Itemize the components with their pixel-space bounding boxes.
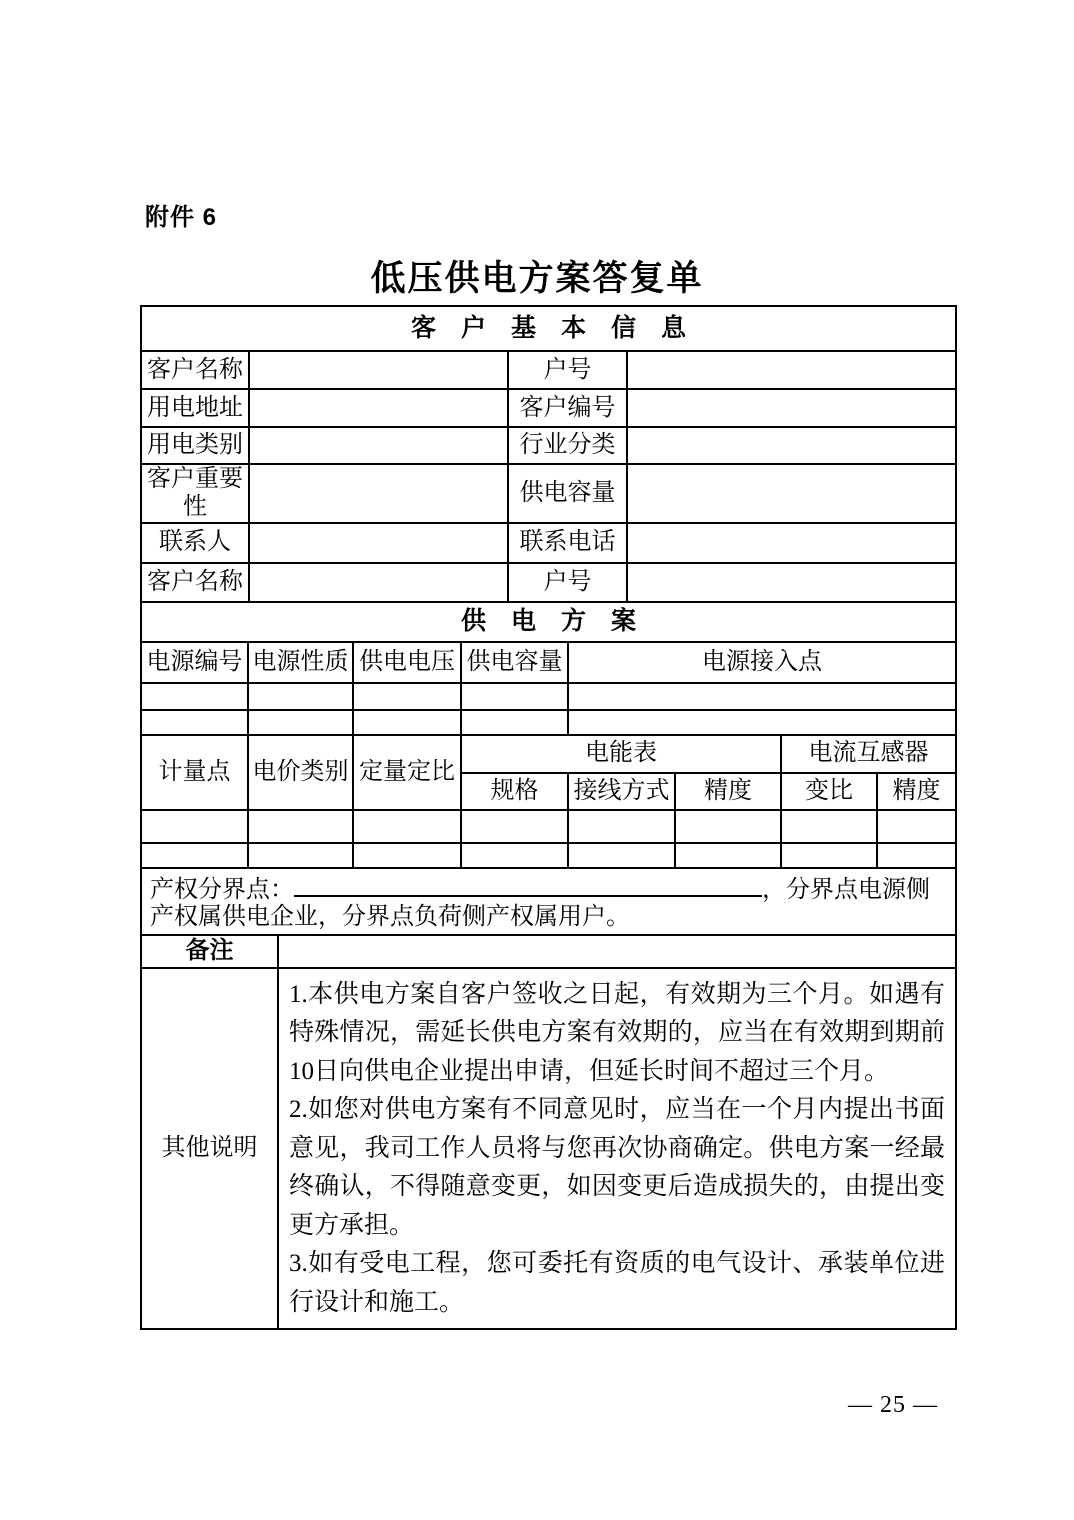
field-value-industry-classification	[627, 427, 956, 464]
field-label-customer-id: 客户编号	[508, 389, 627, 427]
column-header-meter-spec: 规格	[461, 773, 568, 810]
other-notes-row: 其他说明 1.本供电方案自客户签收之日起，有效期为三个月。如遇有特殊情况，需延长…	[141, 968, 956, 1329]
field-value-supply-capacity	[627, 464, 956, 523]
empty-data-cell	[781, 810, 877, 843]
supply-plan-section-header-row: 供电方案	[141, 602, 956, 642]
customer-info-table: 客户基本信息 客户名称 户号 用电地址 客户编号 用电类别 行业分类 客户重要性…	[140, 305, 957, 603]
empty-data-cell	[353, 843, 461, 868]
demarcation-prefix: 产权分界点：	[150, 877, 294, 903]
table-row: 客户名称 户号	[141, 563, 956, 602]
field-value-customer-importance	[249, 464, 508, 523]
supply-plan-table: 供电方案 电源编号 电源性质 供电电压 供电容量 电源接入点	[140, 601, 957, 736]
field-label-contact-person: 联系人	[141, 523, 249, 563]
field-label-customer-importance: 客户重要性	[141, 464, 249, 523]
group-header-energy-meter: 电能表	[461, 735, 781, 773]
empty-data-cell	[781, 843, 877, 868]
column-header-meter-accuracy: 精度	[675, 773, 781, 810]
metering-header-row-top: 计量点 电价类别 定量定比 电能表 电流互感器	[141, 735, 956, 773]
field-value-customer-name-2	[249, 563, 508, 602]
field-label-contact-phone: 联系电话	[508, 523, 627, 563]
table-row: 客户名称 户号	[141, 351, 956, 389]
demarcation-row: 产权分界点：，分界点电源侧产权属供电企业，分界点负荷侧产权属用户。	[141, 868, 956, 935]
column-header-supply-capacity: 供电容量	[461, 642, 568, 683]
other-notes-label: 其他说明	[141, 968, 278, 1329]
demarcation-blank-line	[294, 872, 762, 897]
document-page: { "document": { "attachment_label": "附件 …	[0, 0, 1074, 1520]
field-label-industry-classification: 行业分类	[508, 427, 627, 464]
field-value-electricity-address	[249, 389, 508, 427]
table-row: 联系人 联系电话	[141, 523, 956, 563]
empty-data-cell	[568, 843, 675, 868]
form-table: 客户基本信息 客户名称 户号 用电地址 客户编号 用电类别 行业分类 客户重要性…	[140, 305, 955, 1330]
demarcation-table: 产权分界点：，分界点电源侧产权属供电企业，分界点负荷侧产权属用户。	[140, 867, 957, 936]
note-paragraph-3: 3.如有受电工程，您可委托有资质的电气设计、承装单位进行设计和施工。	[289, 1245, 945, 1322]
empty-data-cell	[353, 710, 461, 735]
column-header-supply-voltage: 供电电压	[353, 642, 461, 683]
field-value-customer-name	[249, 351, 508, 389]
empty-data-cell	[141, 810, 248, 843]
empty-data-cell	[141, 683, 248, 710]
metering-table: 计量点 电价类别 定量定比 电能表 电流互感器 规格 接线方式 精度 变比 精度	[140, 734, 957, 869]
empty-data-cell	[141, 710, 248, 735]
note-paragraph-2: 2.如您对供电方案有不同意见时，应当在一个月内提出书面意见，我司工作人员将与您再…	[289, 1091, 945, 1245]
empty-data-cell	[877, 810, 956, 843]
empty-data-cell	[461, 810, 568, 843]
column-header-quota-ratio: 定量定比	[353, 735, 461, 810]
empty-data-cell	[248, 683, 353, 710]
empty-data-cell	[461, 710, 568, 735]
field-value-contact-phone	[627, 523, 956, 563]
column-header-source-access-point: 电源接入点	[568, 642, 956, 683]
page-number: — 25 —	[843, 1392, 943, 1419]
remarks-notes-table: 备注 其他说明 1.本供电方案自客户签收之日起，有效期为三个月。如遇有特殊情况，…	[140, 934, 957, 1330]
empty-data-cell	[248, 843, 353, 868]
table-row	[141, 810, 956, 843]
attachment-label: 附件 6	[145, 197, 217, 232]
supply-plan-section-title: 供电方案	[141, 602, 956, 642]
table-row	[141, 710, 956, 735]
empty-data-cell	[568, 683, 956, 710]
field-value-usage-category	[249, 427, 508, 464]
demarcation-text: 产权分界点：，分界点电源侧产权属供电企业，分界点负荷侧产权属用户。	[141, 868, 956, 935]
empty-data-cell	[141, 843, 248, 868]
customer-section-title: 客户基本信息	[141, 306, 956, 351]
field-label-supply-capacity: 供电容量	[508, 464, 627, 523]
table-row	[141, 683, 956, 710]
empty-data-cell	[353, 810, 461, 843]
empty-data-cell	[568, 710, 956, 735]
remarks-value-cell	[278, 935, 956, 968]
note-paragraph-1: 1.本供电方案自客户签收之日起，有效期为三个月。如遇有特殊情况，需延长供电方案有…	[289, 976, 945, 1092]
page-title: 低压供电方案答复单	[0, 251, 1074, 301]
group-header-current-transformer: 电流互感器	[781, 735, 956, 773]
column-header-source-nature: 电源性质	[248, 642, 353, 683]
empty-data-cell	[675, 810, 781, 843]
empty-data-cell	[461, 843, 568, 868]
column-header-wiring-mode: 接线方式	[568, 773, 675, 810]
table-row	[141, 843, 956, 868]
field-label-customer-name: 客户名称	[141, 351, 249, 389]
customer-section-header-row: 客户基本信息	[141, 306, 956, 351]
table-row: 用电地址 客户编号	[141, 389, 956, 427]
empty-data-cell	[877, 843, 956, 868]
table-row: 客户重要性 供电容量	[141, 464, 956, 523]
field-label-account-number-2: 户号	[508, 563, 627, 602]
field-value-customer-id	[627, 389, 956, 427]
empty-data-cell	[353, 683, 461, 710]
field-label-account-number: 户号	[508, 351, 627, 389]
empty-data-cell	[568, 810, 675, 843]
column-header-ct-ratio: 变比	[781, 773, 877, 810]
column-header-ct-accuracy: 精度	[877, 773, 956, 810]
table-row: 用电类别 行业分类	[141, 427, 956, 464]
column-header-price-category: 电价类别	[248, 735, 353, 810]
empty-data-cell	[248, 810, 353, 843]
field-label-electricity-address: 用电地址	[141, 389, 249, 427]
supply-plan-column-header-row: 电源编号 电源性质 供电电压 供电容量 电源接入点	[141, 642, 956, 683]
empty-data-cell	[675, 843, 781, 868]
other-notes-content: 1.本供电方案自客户签收之日起，有效期为三个月。如遇有特殊情况，需延长供电方案有…	[278, 968, 956, 1329]
field-value-account-number	[627, 351, 956, 389]
empty-data-cell	[461, 683, 568, 710]
field-value-account-number-2	[627, 563, 956, 602]
remarks-row: 备注	[141, 935, 956, 968]
empty-data-cell	[248, 710, 353, 735]
column-header-metering-point: 计量点	[141, 735, 248, 810]
field-value-contact-person	[249, 523, 508, 563]
field-label-customer-name-2: 客户名称	[141, 563, 249, 602]
field-label-usage-category: 用电类别	[141, 427, 249, 464]
remarks-label: 备注	[141, 935, 278, 968]
column-header-source-number: 电源编号	[141, 642, 248, 683]
